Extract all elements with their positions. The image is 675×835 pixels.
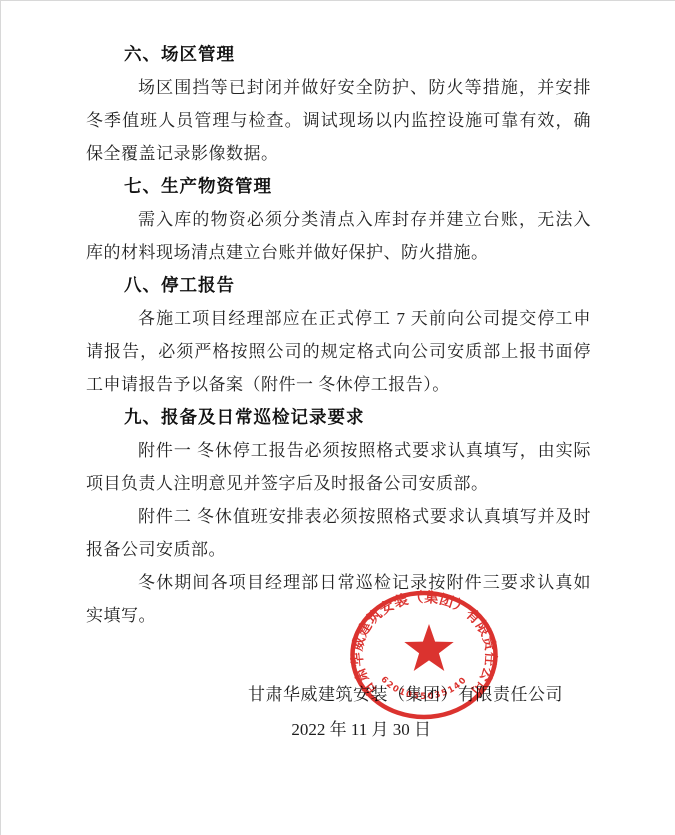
section-6-paragraph: 场区围挡等已封闭并做好安全防护、防火等措施，并安排冬季值班人员管理与检查。调试现… [86, 71, 591, 170]
document-body: 六、场区管理 场区围挡等已封闭并做好安全防护、防火等措施，并安排冬季值班人员管理… [1, 1, 675, 746]
section-heading-6: 六、场区管理 [86, 38, 591, 71]
signature-company-name: 甘肃华威建筑安装（集团）有限责任公司 [86, 678, 591, 711]
section-7-paragraph: 需入库的物资必须分类清点入库封存并建立台账，无法入库的材料现场清点建立台账并做好… [86, 203, 591, 269]
section-heading-9: 九、报备及日常巡检记录要求 [86, 401, 591, 434]
section-heading-7: 七、生产物资管理 [86, 170, 591, 203]
signature-date: 2022 年 11 月 30 日 [86, 713, 591, 746]
section-heading-8: 八、停工报告 [86, 269, 591, 302]
section-9-paragraph-3: 冬休期间各项目经理部日常巡检记录按附件三要求认真如实填写。 [86, 566, 591, 632]
section-9-paragraph-2: 附件二 冬休值班安排表必须按照格式要求认真填写并及时报备公司安质部。 [86, 500, 591, 566]
section-8-paragraph: 各施工项目经理部应在正式停工 7 天前向公司提交停工申请报告，必须严格按照公司的… [86, 302, 591, 401]
document-page: 六、场区管理 场区围挡等已封闭并做好安全防护、防火等措施，并安排冬季值班人员管理… [0, 0, 675, 835]
section-9-paragraph-1: 附件一 冬休停工报告必须按照格式要求认真填写，由实际项目负责人注明意见并签字后及… [86, 434, 591, 500]
